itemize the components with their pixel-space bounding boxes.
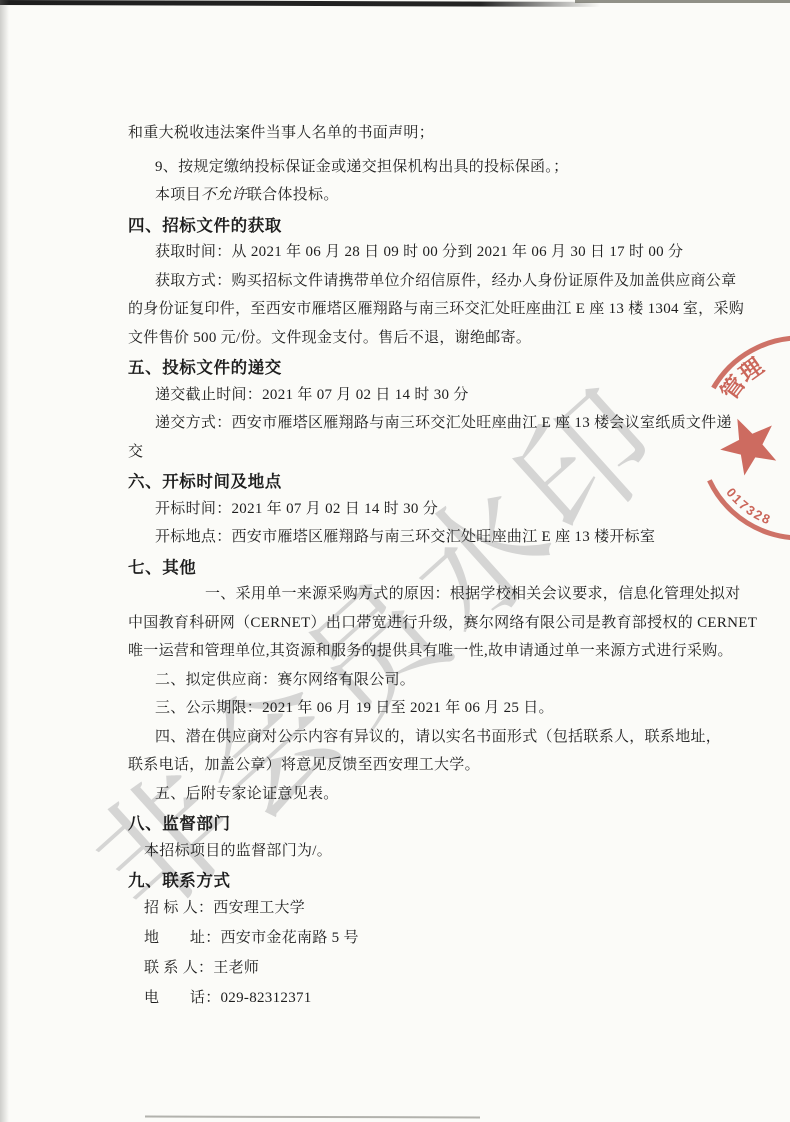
svg-text:管理: 管理 [716, 352, 769, 405]
document-body: 和重大税收违法案件当事人名单的书面声明；9、按规定缴纳投标保证金或递交担保机构出… [128, 121, 708, 1016]
seal-arc-text: 管理 [716, 352, 769, 405]
text-line: 五、后附专家论证意见表。 [128, 782, 708, 811]
text-line: 获取时间：从 2021 年 06 月 28 日 09 时 00 分到 2021 … [128, 240, 708, 269]
section-heading: 四、招标文件的获取 [128, 212, 708, 241]
section-heading: 七、其他 [128, 554, 708, 583]
text-line: 开标时间：2021 年 07 月 02 日 14 时 30 分 [128, 497, 708, 526]
text-line: 二、拟定供应商：赛尔网络有限公司。 [128, 668, 708, 697]
text-line: 三、公示期限：2021 年 06 月 19 日至 2021 年 06 月 25 … [128, 696, 708, 725]
text-line: 四、潜在供应商对公示内容有异议的，请以实名书面形式（包括联系人，联系地址， [128, 725, 708, 754]
text-line: 文件售价 500 元/份。文件现金支付。售后不退，谢绝邮寄。 [128, 326, 708, 355]
text-line: 9、按规定缴纳投标保证金或递交担保机构出具的投标保函。； [128, 155, 708, 184]
text-line: 本项目不允许联合体投标。 [128, 183, 708, 212]
text-line: 获取方式：购买招标文件请携带单位介绍信原件，经办人身份证原件及加盖供应商公章 [128, 269, 708, 298]
text-line: 电 话：029-82312371 [128, 986, 708, 1016]
section-heading: 八、监督部门 [128, 810, 708, 839]
text-line: 地 址：西安市金花南路 5 号 [128, 926, 708, 956]
text-line: 递交方式：西安市雁塔区雁翔路与南三环交汇处旺座曲江 E 座 13 楼会议室纸质文… [128, 411, 708, 440]
text-line: 招 标 人：西安理工大学 [128, 896, 708, 926]
scan-edge-top-right [575, 0, 790, 3]
section-heading: 五、投标文件的递交 [128, 354, 708, 383]
text-line: 的身份证复印件，至西安市雁塔区雁翔路与南三环交汇处旺座曲江 E 座 13 楼 1… [128, 297, 708, 326]
section-heading: 九、联系方式 [128, 867, 708, 896]
seal-star-icon [711, 407, 786, 480]
text-line: 本招标项目的监督部门为/。 [128, 839, 708, 868]
text-segment: 联合体投标。 [247, 187, 339, 203]
text-line: 递交截止时间：2021 年 07 月 02 日 14 时 30 分 [128, 383, 708, 412]
text-line: 联 系 人：王老师 [128, 956, 708, 986]
text-line: 交 [128, 440, 708, 469]
text-line: 和重大税收违法案件当事人名单的书面声明； [128, 121, 708, 150]
text-line: 唯一运营和管理单位,其资源和服务的提供具有唯一性,故申请通过单一来源方式进行采购… [128, 639, 708, 668]
text-segment: 本项目 [155, 187, 201, 203]
text-line: 联系电话，加盖公章）将意见反馈至西安理工大学。 [128, 753, 708, 782]
section-heading: 六、开标时间及地点 [128, 468, 708, 497]
text-line: 一、采用单一来源采购方式的原因：根据学校相关会议要求，信息化管理处拟对 [128, 582, 708, 611]
scan-edge-top [0, 0, 600, 7]
text-line: 开标地点：西安市雁塔区雁翔路与南三环交汇处旺座曲江 E 座 13 楼开标室 [128, 525, 708, 554]
scan-edge-bottom [145, 1116, 480, 1119]
text-segment: 不允许 [201, 187, 247, 203]
text-line: 中国教育科研网（CERNET）出口带宽进行升级，赛尔网络有限公司是教育部授权的 … [128, 611, 708, 640]
scan-edge-left [0, 0, 9, 1122]
official-seal: 管理 017328 [668, 330, 790, 545]
